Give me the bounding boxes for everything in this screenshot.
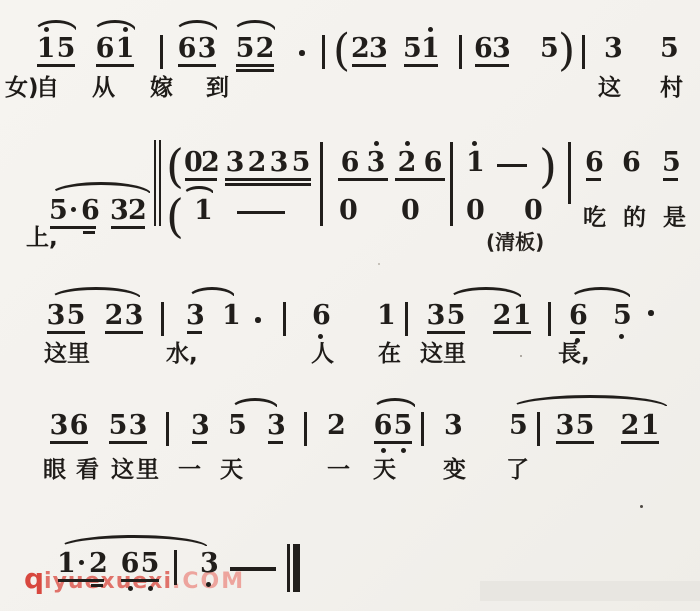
beam-underline <box>352 64 386 67</box>
note-digit: 1 <box>36 36 56 62</box>
beam-underline <box>185 178 217 181</box>
beam-underline <box>586 178 601 181</box>
lyric-syllable: 这 <box>111 458 134 483</box>
note-group: 21 <box>620 413 660 439</box>
note-digit: 3 <box>49 413 69 439</box>
lyric-syllable: 眼 <box>43 458 66 483</box>
note-digit: 6 <box>373 413 393 439</box>
note-group: 0 <box>466 198 483 224</box>
note-group: 3 <box>267 413 284 439</box>
note-group: 35 <box>426 303 466 329</box>
barline <box>568 142 571 204</box>
note-group: 0 <box>401 198 418 224</box>
octave-dot-below <box>148 586 153 591</box>
note-group: 2 <box>327 413 344 439</box>
note-digit: 5 <box>660 36 677 62</box>
note-digit: 6 <box>337 150 363 176</box>
beam-underline <box>178 64 216 67</box>
note-digit: 6 <box>69 413 89 439</box>
slur-tie <box>50 287 142 299</box>
note-digit: 2 <box>128 198 146 224</box>
note-digit: 0 <box>401 198 418 224</box>
slur-tie <box>570 287 632 299</box>
note-digit: 1 <box>222 303 239 329</box>
note-digit: 6 <box>95 36 115 62</box>
note-digit: 6 <box>177 36 197 62</box>
note-digit: 5 <box>56 36 76 62</box>
note-digit: 3 <box>268 150 290 176</box>
beam-underline <box>427 331 465 334</box>
note-group: 35 <box>46 303 86 329</box>
slur-tie <box>373 398 417 409</box>
lyric-syllable: 这 <box>420 342 443 367</box>
scan-speck <box>640 505 643 508</box>
note-digit: 2 <box>89 551 105 577</box>
note-group: 65 <box>373 413 413 439</box>
note-digit: 6 <box>585 150 602 176</box>
note-group: 5 <box>228 413 245 439</box>
note-group: 3 <box>200 551 217 577</box>
note-digit: 0 <box>524 198 541 224</box>
note-digit: 2 <box>351 36 369 62</box>
beam-underline <box>374 441 412 444</box>
note-digit: 3 <box>46 303 66 329</box>
note-digit: 2 <box>620 413 640 439</box>
note-group: 32 <box>110 198 146 224</box>
annotation-qingban: (清板) <box>486 231 544 253</box>
note-group: 63 <box>337 150 389 176</box>
lyric-syllable: 里 <box>67 342 90 367</box>
barline <box>537 412 540 446</box>
note-group: 5 <box>540 36 557 62</box>
slur-tie <box>50 182 152 195</box>
note-digit: 3 <box>128 413 148 439</box>
note-digit: 1 <box>57 551 73 577</box>
octave-dot-above <box>472 141 477 146</box>
beam-underline <box>105 331 143 334</box>
note-digit: 5 <box>393 413 413 439</box>
lyric-syllable: 在 <box>378 342 401 367</box>
barline <box>283 302 286 336</box>
slur-tie <box>34 20 78 32</box>
note-group: 63 <box>474 36 510 62</box>
note-group: 53 <box>108 413 148 439</box>
scan-artifact-strip <box>480 581 700 601</box>
score-page: qiyuexuexi.COM15616352235163535023235632… <box>0 0 700 611</box>
note-group: 02 <box>184 150 218 176</box>
lyric-syllable: 村 <box>660 76 683 101</box>
scan-speck <box>520 355 522 357</box>
slur-tie <box>231 398 279 409</box>
beam-underline <box>404 64 438 67</box>
barline <box>582 35 585 69</box>
note-group: 3235 <box>224 150 312 176</box>
barline <box>174 550 177 585</box>
note-digit: 5 <box>446 303 466 329</box>
octave-dot-below <box>381 448 386 453</box>
watermark-text: q <box>24 562 44 595</box>
note-digit: 1 <box>421 36 439 62</box>
note-group: 1 <box>194 198 211 224</box>
note-group: 1 <box>466 150 483 176</box>
barline <box>161 302 164 336</box>
note-group: 15 <box>36 36 76 62</box>
note-group: 1 <box>222 303 239 329</box>
note-group: 65 <box>120 551 160 577</box>
note-digit <box>73 551 89 577</box>
note-group: 0 <box>524 198 541 224</box>
barline <box>405 302 408 336</box>
note-digit: 3 <box>444 413 461 439</box>
note-group: 23 <box>351 36 387 62</box>
note-digit: 5 <box>509 413 526 439</box>
slur-tie <box>59 535 209 548</box>
octave-dot-below <box>619 334 624 339</box>
duration-dash <box>497 164 527 167</box>
barline <box>320 142 323 226</box>
note-digit: 3 <box>492 36 510 62</box>
note-group: 12 <box>57 551 105 577</box>
note-digit: 2 <box>394 150 420 176</box>
note-digit: 5 <box>49 198 65 224</box>
slur-tie <box>511 395 669 408</box>
note-digit: 6 <box>420 150 446 176</box>
note-digit: 5 <box>613 303 630 329</box>
lyric-syllable: 自 <box>36 76 59 101</box>
augmentation-dot <box>255 317 261 323</box>
duration-dash <box>237 211 285 214</box>
note-digit: 5 <box>403 36 421 62</box>
note-group: 5 <box>662 150 679 176</box>
open-paren: ( <box>166 140 184 192</box>
note-digit: 2 <box>104 303 124 329</box>
note-digit: 0 <box>184 150 201 176</box>
note-group: 0 <box>339 198 356 224</box>
note-digit: 3 <box>224 150 246 176</box>
slur-tie <box>183 186 215 195</box>
slur-tie <box>175 20 219 32</box>
note-group: 61 <box>95 36 135 62</box>
barline <box>548 302 551 336</box>
augmentation-dot <box>648 310 654 316</box>
double-barline <box>154 140 156 226</box>
beam-underline <box>475 64 509 67</box>
beam-underline <box>236 64 274 67</box>
lyric-syllable: 变 <box>443 458 466 483</box>
beam-underline <box>109 441 147 444</box>
note-digit: 5 <box>66 303 86 329</box>
lyric-syllable: 到 <box>206 76 229 101</box>
slur-tie <box>233 20 277 32</box>
beam-underline <box>556 441 594 444</box>
beam-underline <box>268 441 283 444</box>
beam-underline <box>225 178 311 181</box>
note-digit: 3 <box>369 36 387 62</box>
octave-dot-below <box>128 586 133 591</box>
note-digit: 3 <box>186 303 203 329</box>
octave-dot-below <box>206 582 211 587</box>
beam-underline <box>663 178 678 181</box>
note-digit: 3 <box>267 413 284 439</box>
note-digit: 6 <box>622 150 639 176</box>
note-digit: 2 <box>255 36 275 62</box>
note-digit: 3 <box>363 150 389 176</box>
note-group: 56 <box>49 198 97 224</box>
note-digit: 6 <box>120 551 140 577</box>
lyric-syllable: 天 <box>373 458 396 483</box>
note-digit: 5 <box>140 551 160 577</box>
note-digit: 5 <box>228 413 245 439</box>
lyric-syllable: 女) <box>5 76 39 101</box>
note-group: 23 <box>104 303 144 329</box>
note-group: 3 <box>604 36 621 62</box>
beam-underline <box>570 331 585 334</box>
lyric-syllable: 了 <box>506 458 529 483</box>
barline <box>322 35 325 69</box>
note-digit: 3 <box>604 36 621 62</box>
beam-underline <box>37 64 75 67</box>
lyric-syllable: 上, <box>26 226 58 251</box>
beam-underline <box>621 441 659 444</box>
note-group: 52 <box>235 36 275 62</box>
lyric-syllable: 長, <box>558 342 590 367</box>
note-group: 26 <box>394 150 446 176</box>
open-paren: ( <box>333 26 350 76</box>
note-digit: 6 <box>569 303 586 329</box>
lyric-syllable: 从 <box>92 76 115 101</box>
note-digit: 3 <box>191 413 208 439</box>
note-digit: 0 <box>339 198 356 224</box>
lyric-syllable: 天 <box>220 458 243 483</box>
note-digit: 3 <box>110 198 128 224</box>
barline <box>304 412 307 446</box>
note-digit: 2 <box>201 150 218 176</box>
octave-dot-above <box>405 141 410 146</box>
duration-dash <box>230 567 276 571</box>
note-digit: 1 <box>377 303 394 329</box>
note-digit: 5 <box>290 150 312 176</box>
note-digit: 1 <box>194 198 211 224</box>
barline <box>166 412 169 446</box>
note-group: 21 <box>492 303 532 329</box>
augmentation-dot <box>299 50 305 56</box>
octave-dot-below <box>318 334 323 339</box>
note-digit: 6 <box>312 303 329 329</box>
note-group: 63 <box>177 36 217 62</box>
slur-tie <box>93 20 137 32</box>
lyric-syllable: 里 <box>443 342 466 367</box>
close-paren: ) <box>539 140 557 192</box>
note-digit: 5 <box>235 36 255 62</box>
slur-tie <box>188 287 236 298</box>
octave-dot-above <box>374 141 379 146</box>
final-barline-thick <box>293 544 300 592</box>
beam-underline <box>47 331 85 334</box>
beam-underline <box>121 579 159 582</box>
open-paren: ( <box>166 190 184 242</box>
beam-underline <box>96 64 134 67</box>
note-digit: 5 <box>540 36 557 62</box>
note-group: 5 <box>509 413 526 439</box>
lyric-syllable: 吃 <box>583 206 606 231</box>
note-digit: 0 <box>466 198 483 224</box>
scan-speck <box>378 263 380 265</box>
close-paren: ) <box>558 26 575 76</box>
note-digit: 5 <box>108 413 128 439</box>
note-group: 3 <box>191 413 208 439</box>
note-digit: 1 <box>115 36 135 62</box>
note-digit: 3 <box>426 303 446 329</box>
lyric-syllable: 这 <box>44 342 67 367</box>
beam-underline-partial <box>91 584 103 587</box>
beam-underline <box>58 579 104 582</box>
final-barline-thin <box>287 544 290 592</box>
note-group: 3 <box>186 303 203 329</box>
lyric-syllable: 这 <box>598 76 621 101</box>
note-group: 51 <box>403 36 439 62</box>
note-digit <box>65 198 81 224</box>
note-group: 35 <box>555 413 595 439</box>
double-barline <box>159 140 161 226</box>
beam-underline <box>192 441 207 444</box>
note-digit: 1 <box>512 303 532 329</box>
note-digit: 1 <box>640 413 660 439</box>
lyric-syllable: 里 <box>136 458 159 483</box>
beam-underline <box>225 183 311 186</box>
beam-underline <box>236 69 274 72</box>
note-digit: 3 <box>197 36 217 62</box>
barline <box>421 412 424 446</box>
note-group: 5 <box>613 303 630 329</box>
note-digit: 6 <box>474 36 492 62</box>
note-group: 6 <box>312 303 329 329</box>
note-group: 3 <box>444 413 461 439</box>
lyric-syllable: 嫁 <box>150 76 173 101</box>
beam-underline <box>50 441 88 444</box>
slur-tie <box>449 287 523 299</box>
beam-underline-partial <box>83 231 95 234</box>
note-digit: 2 <box>327 413 344 439</box>
note-group: 36 <box>49 413 89 439</box>
note-digit: 5 <box>575 413 595 439</box>
octave-dot-below <box>401 448 406 453</box>
barline <box>450 142 453 226</box>
beam-underline <box>395 178 445 181</box>
note-group: 1 <box>377 303 394 329</box>
note-group: 6 <box>569 303 586 329</box>
dotted-rhythm-dot <box>71 207 76 212</box>
note-group: 6 <box>622 150 639 176</box>
note-digit: 2 <box>492 303 512 329</box>
note-digit: 3 <box>200 551 217 577</box>
beam-underline <box>338 178 388 181</box>
note-digit: 5 <box>662 150 679 176</box>
note-digit: 3 <box>124 303 144 329</box>
lyric-syllable: 看 <box>76 458 99 483</box>
beam-underline <box>111 226 145 229</box>
note-group: 6 <box>585 150 602 176</box>
beam-underline <box>187 331 202 334</box>
note-digit: 2 <box>246 150 268 176</box>
lyric-syllable: 是 <box>663 206 686 231</box>
note-digit: 3 <box>555 413 575 439</box>
barline <box>160 35 163 69</box>
note-digit: 1 <box>466 150 483 176</box>
note-group: 5 <box>660 36 677 62</box>
octave-dot-above <box>428 27 433 32</box>
barline <box>459 35 462 69</box>
dotted-rhythm-dot <box>79 560 84 565</box>
lyric-syllable: 人 <box>311 342 334 367</box>
lyric-syllable: 一 <box>178 458 201 483</box>
beam-underline <box>493 331 531 334</box>
lyric-syllable: 的 <box>623 206 646 231</box>
note-digit: 6 <box>81 198 97 224</box>
lyric-syllable: 水, <box>166 342 198 367</box>
lyric-syllable: 一 <box>327 458 350 483</box>
